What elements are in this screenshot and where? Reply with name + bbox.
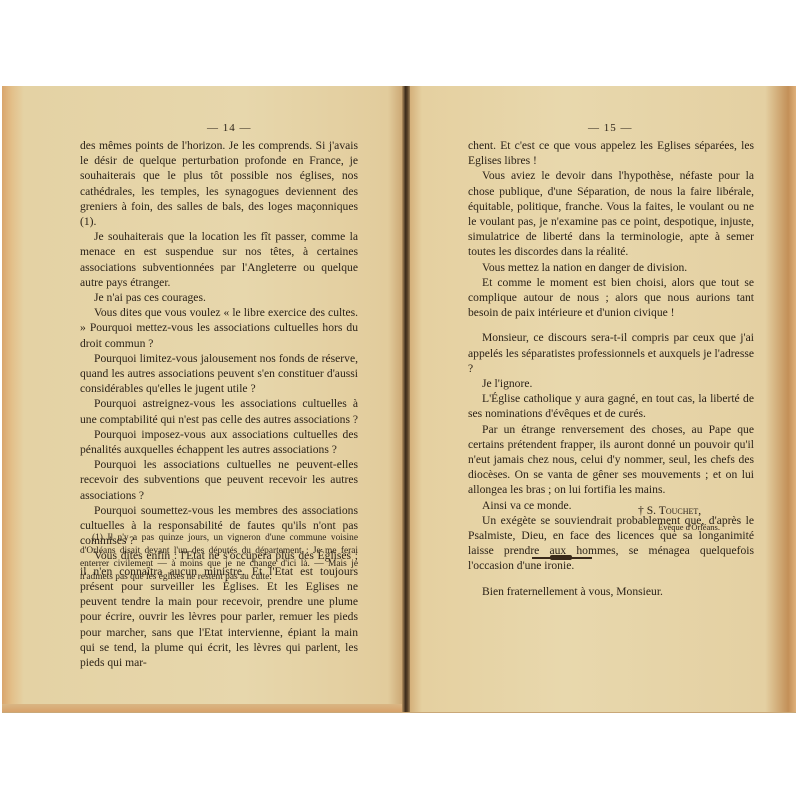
paragraph: Pourquoi les associations cultuelles ne … (80, 457, 358, 503)
paragraph: Vous dites que vous voulez « le libre ex… (80, 305, 358, 351)
footnote-text: (1) Il n'y a pas quinze jours, un vigner… (80, 532, 358, 584)
paragraph: chent. Et c'est ce que vous appelez les … (468, 138, 754, 168)
cross-icon: † (638, 504, 644, 517)
paragraph: Pourquoi limitez-vous jalousement nos fo… (80, 351, 358, 397)
signature-name: S. Touchet, (647, 504, 701, 517)
right-page: — 15 — chent. Et c'est ce que vous appel… (410, 86, 796, 712)
paragraph: Vous aviez le devoir dans l'hypothèse, n… (468, 168, 754, 259)
page-bottom-edge (2, 704, 404, 712)
paragraph: Vous mettez la nation en danger de divis… (468, 260, 754, 275)
open-book: — 14 — des mêmes points de l'horizon. Je… (2, 86, 796, 712)
paragraph: Ainsi va ce monde. (468, 498, 754, 513)
paragraph: Et comme le moment est bien choisi, alor… (468, 275, 754, 321)
paragraph: L'Église catholique y aura gagné, en tou… (468, 391, 754, 421)
paragraph: Je souhaiterais que la location les fît … (80, 229, 358, 290)
closing-salutation: Bien fraternellement à vous, Monsieur. (468, 584, 754, 599)
paragraph: Pourquoi astreignez-vous les association… (80, 396, 358, 426)
page-number-14: — 14 — (207, 122, 252, 134)
ornament-divider-icon (532, 556, 592, 560)
paragraph: Pourquoi imposez-vous aux associations c… (80, 427, 358, 457)
signature: † S. Touchet, (638, 504, 701, 517)
left-page: — 14 — des mêmes points de l'horizon. Je… (2, 86, 404, 712)
signature-title: Évêque d'Orléans. (658, 522, 720, 532)
paragraph: Je n'ai pas ces courages. (80, 290, 358, 305)
page-number-15: — 15 — (588, 122, 633, 134)
paragraph: Monsieur, ce discours sera-t-il compris … (468, 330, 754, 376)
left-page-body: des mêmes points de l'horizon. Je les co… (80, 138, 358, 670)
paragraph: Je l'ignore. (468, 376, 754, 391)
footnote: (1) Il n'y a pas quinze jours, un vigner… (80, 532, 358, 584)
paragraph: Par un étrange renversement des choses, … (468, 422, 754, 498)
paragraph: des mêmes points de l'horizon. Je les co… (80, 138, 358, 229)
